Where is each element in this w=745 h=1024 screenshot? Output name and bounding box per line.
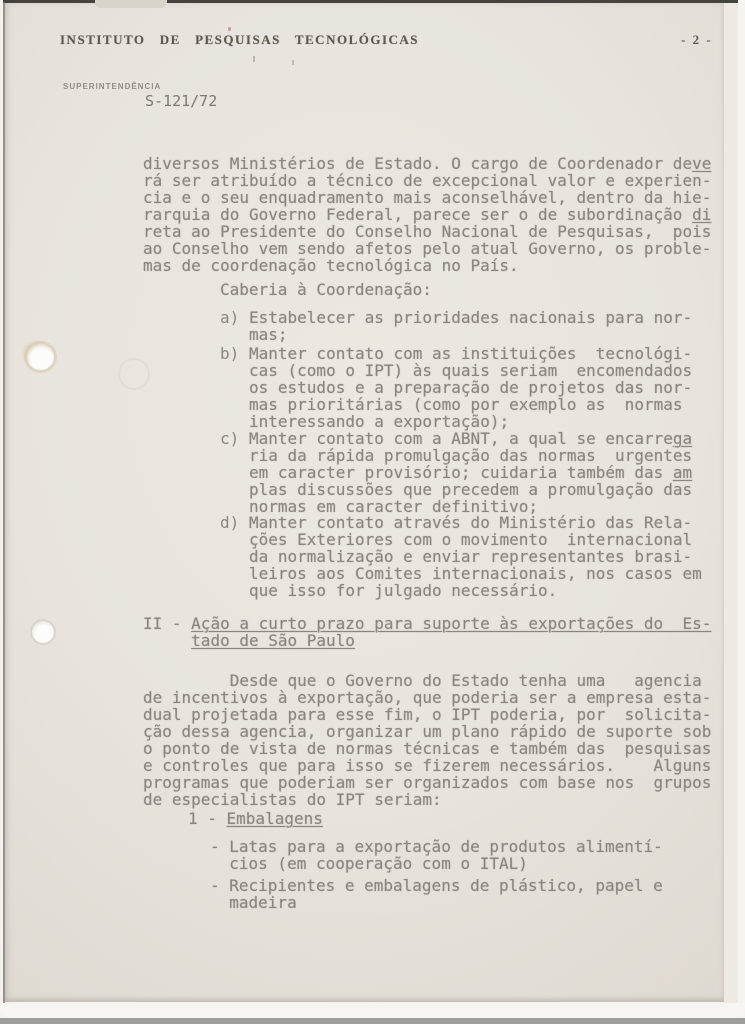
list-item-label: a) [220, 309, 249, 343]
list-item-text: Estabelecer as prioridades nacionais par… [249, 309, 692, 343]
superintendencia-stamp: SUPERINTENDÊNCIA [63, 82, 161, 91]
scanned-document-page: INSTITUTO DE PESQUISAS TECNOLÓGICAS - 2 … [0, 0, 745, 1024]
list-item-c: c) Manter contato com a ABNT, a qual se … [220, 430, 692, 515]
document-number: S-121/72 [145, 92, 217, 110]
scan-right-margin [738, 0, 745, 1024]
page-number: - 2 - [681, 32, 713, 48]
scanner-bed-strip [0, 1018, 745, 1024]
paper-left-edge [3, 2, 5, 1004]
punch-hole-bottom [32, 621, 54, 643]
list-item-label: d) [220, 514, 249, 599]
sub-item-latas: - Latas para a exportação de produtos al… [210, 838, 663, 872]
paragraph-coordenador: diversos Ministérios de Estado. O cargo … [143, 155, 711, 274]
list-item-label: b) [220, 345, 249, 430]
scan-bottom-margin [0, 1003, 745, 1018]
list-item-text: Manter contato através do Ministério das… [249, 514, 702, 599]
list-item-label: c) [220, 430, 249, 515]
punch-hole-top [27, 344, 54, 370]
list-item-d: d) Manter contato através do Ministério … [220, 514, 702, 599]
section-ii-heading: II - Ação a curto prazo para suporte às … [143, 615, 711, 649]
paragraph-desde-que: Desde que o Governo do Estado tenha uma … [143, 672, 711, 808]
embalagens-heading: 1 - Embalagens [188, 810, 323, 827]
list-item-text: Manter contato com a ABNT, a qual se enc… [249, 430, 692, 515]
letterhead-institution: INSTITUTO DE PESQUISAS TECNOLÓGICAS [60, 32, 419, 48]
scan-speck [292, 60, 294, 65]
paper-right-edge [724, 3, 738, 1003]
caberia-heading: Caberia à Coordenação: [220, 281, 432, 298]
scan-speck [228, 27, 231, 31]
paper-emboss-ring [118, 358, 150, 390]
sub-item-recipientes: - Recipientes e embalagens de plástico, … [210, 877, 663, 911]
list-item-text: Manter contato com as instituições tecno… [249, 345, 692, 430]
scan-speck [253, 56, 255, 62]
scan-top-tear [95, 0, 167, 8]
list-item-a: a) Estabelecer as prioridades nacionais … [220, 309, 692, 343]
list-item-b: b) Manter contato com as instituições te… [220, 345, 692, 430]
